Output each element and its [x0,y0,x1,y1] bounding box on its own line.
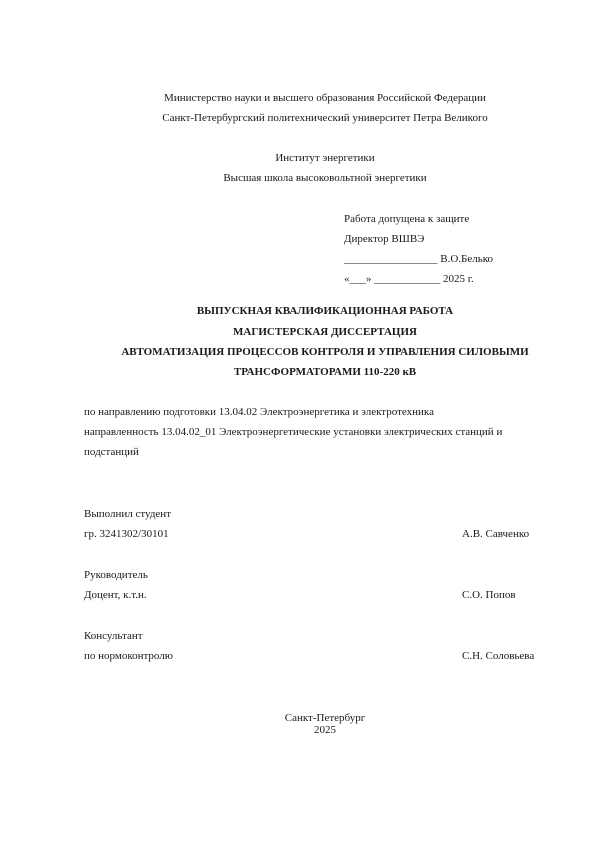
supervisor-position: Доцент, к.т.н. [84,588,147,602]
work-type-title: ВЫПУСКНАЯ КВАЛИФИКАЦИОННАЯ РАБОТА [0,304,595,318]
supervisor-name: С.О. Попов [462,588,516,602]
program-direction: по направлению подготовки 13.04.02 Элект… [84,405,434,419]
supervisor-role: Руководитель [84,568,148,582]
director-title: Директор ВШВЭ [344,232,424,246]
student-role: Выполнил студент [84,507,171,521]
school-name: Высшая школа высоковольтной энергетики [0,171,595,185]
student-group: гр. 3241302/30101 [84,527,169,541]
thesis-title-line-1: АВТОМАТИЗАЦИЯ ПРОЦЕССОВ КОНТРОЛЯ И УПРАВ… [0,345,595,359]
ministry-name: Министерство науки и высшего образования… [0,91,595,105]
approval-admitted: Работа допущена к защите [344,212,469,226]
approval-date-line: «___» ____________ 2025 г. [344,272,474,286]
student-name: А.В. Савченко [462,527,529,541]
thesis-title-line-2: ТРАНСФОРМАТОРАМИ 110-220 кВ [0,365,595,379]
consultant-area: по нормоконтролю [84,649,173,663]
institute-name: Институт энергетики [0,151,595,165]
footer-year: 2025 [0,723,595,737]
program-specialization-line-1: направленность 13.04.02_01 Электроэнерге… [84,425,502,439]
consultant-role: Консультант [84,629,143,643]
director-signature-line: _________________ В.О.Белько [344,252,493,266]
program-specialization-line-2: подстанций [84,445,139,459]
university-name: Санкт-Петербургский политехнический унив… [0,111,595,125]
degree-title: МАГИСТЕРСКАЯ ДИССЕРТАЦИЯ [0,325,595,339]
consultant-name: С.Н. Соловьева [462,649,534,663]
